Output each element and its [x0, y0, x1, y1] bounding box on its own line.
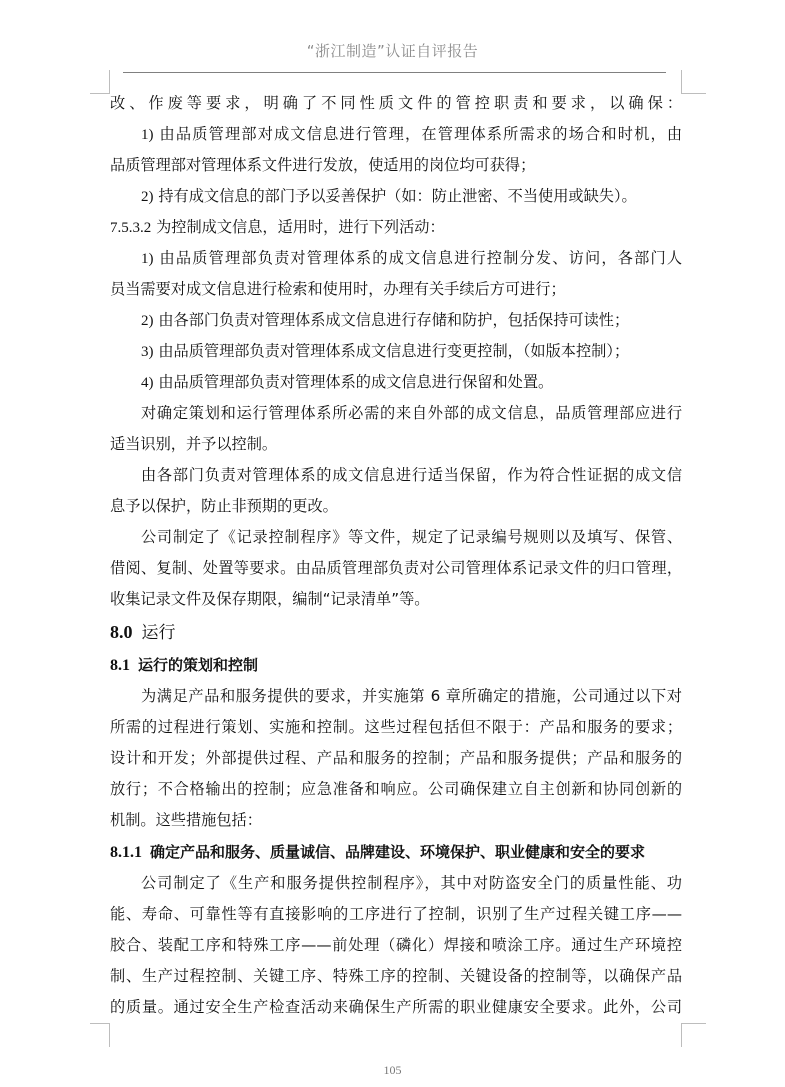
- list-item: 3) 由品质管理部负责对管理体系成文信息进行变更控制，（如版本控制）；: [110, 336, 682, 367]
- heading-number: 8.1: [110, 657, 130, 674]
- list-number: 2): [141, 313, 154, 329]
- list-item-text: 由品质管理部负责对管理体系成文信息进行变更控制，（如版本控制）；: [158, 342, 629, 360]
- document-page: “浙江制造”认证自评报告 改、作废等要求，明确了不同性质文件的管控职责和要求，以…: [0, 0, 785, 1087]
- list-item-text: 持有成文信息的部门予以妥善保护（如：防止泄密、不当使用或缺失）。: [158, 187, 636, 205]
- heading-number: 8.1.1: [110, 844, 142, 861]
- paragraph-line: 收集记录文件及保存期限，编制“记录清单”等。: [110, 584, 682, 615]
- paragraph-line: 胶合、装配工序和特殊工序——前处理（磷化）焊接和喷涂工序。通过生产环境控: [110, 930, 682, 961]
- clause-number: 7.5.3.2: [110, 220, 151, 236]
- running-header-title: “浙江制造”认证自评报告: [0, 40, 785, 61]
- paragraph-line: 放行；不合格输出的控制；应急准备和响应。公司确保建立自主创新和协同创新的: [110, 774, 682, 805]
- list-number: 1): [141, 127, 154, 143]
- list-item-continuation: 员当需要对成文信息进行检索和使用时，办理有关手续后方可进行；: [110, 274, 682, 305]
- heading-8-1-1: 8.1.1 确定产品和服务、质量诚信、品牌建设、环境保护、职业健康和安全的要求: [110, 836, 682, 868]
- paragraph-line: 所需的过程进行策划、实施和控制。这些过程包括但不限于：产品和服务的要求；: [110, 712, 682, 743]
- paragraph-line: 为满足产品和服务提供的要求，并实施第 6 章所确定的措施，公司通过以下对: [110, 681, 682, 712]
- heading-8-1: 8.1 运行的策划和控制: [110, 649, 682, 681]
- paragraph-line: 公司制定了《记录控制程序》等文件，规定了记录编号规则以及填写、保管、: [110, 522, 682, 553]
- crop-mark-bottom-left: [90, 1023, 110, 1047]
- heading-text: 运行的策划和控制: [138, 656, 258, 674]
- clause-text: 为控制成文信息，适用时，进行下列活动：: [156, 218, 445, 236]
- paragraph-line: 息予以保护，防止非预期的更改。: [110, 491, 682, 522]
- list-item-text: 由各部门负责对管理体系成文信息进行存储和防护，包括保持可读性；: [158, 311, 629, 329]
- heading-8-0: 8.0 运行: [110, 615, 682, 649]
- paragraph-line: 改、作废等要求，明确了不同性质文件的管控职责和要求，以确保：: [110, 88, 682, 119]
- list-item: 1) 由品质管理部对成文信息进行管理，在管理体系所需求的场合和时机，由: [110, 119, 682, 150]
- paragraph-line: 对确定策划和运行管理体系所必需的来自外部的成文信息，品质管理部应进行: [110, 398, 682, 429]
- paragraph-line: 借阅、复制、处置等要求。由品质管理部负责对公司管理体系记录文件的归口管理，: [110, 553, 682, 584]
- paragraph-line: 由各部门负责对管理体系的成文信息进行适当保留，作为符合性证据的成文信: [110, 460, 682, 491]
- paragraph-line: 的质量。通过安全生产检查活动来确保生产所需的职业健康安全要求。此外，公司: [110, 992, 682, 1023]
- list-item: 4) 由品质管理部负责对管理体系的成文信息进行保留和处置。: [110, 367, 682, 398]
- heading-number: 8.0: [110, 622, 133, 642]
- paragraph-line: 公司制定了《生产和服务提供控制程序》，其中对防盗安全门的质量性能、功: [110, 868, 682, 899]
- crop-mark-bottom-right: [681, 1023, 706, 1047]
- list-number: 3): [141, 344, 154, 360]
- body-text: 改、作废等要求，明确了不同性质文件的管控职责和要求，以确保： 1) 由品质管理部…: [110, 88, 682, 1023]
- clause-7532: 7.5.3.2 为控制成文信息，适用时，进行下列活动：: [110, 212, 682, 243]
- heading-text: 运行: [142, 623, 176, 643]
- paragraph-line: 机制。这些措施包括：: [110, 805, 682, 836]
- header-rule: [123, 72, 666, 73]
- crop-mark-top-left: [90, 70, 110, 94]
- crop-mark-top-right: [681, 70, 706, 94]
- list-number: 1): [141, 251, 154, 267]
- list-item-text: 由品质管理部负责对管理体系的成文信息进行保留和处置。: [158, 373, 553, 391]
- list-item-text: 由品质管理部对成文信息进行管理，在管理体系所需求的场合和时机，由: [160, 125, 683, 143]
- list-item-text: 由品质管理部负责对管理体系的成文信息进行控制分发、访问，各部门人: [160, 249, 683, 267]
- list-item: 1) 由品质管理部负责对管理体系的成文信息进行控制分发、访问，各部门人: [110, 243, 682, 274]
- list-item: 2) 由各部门负责对管理体系成文信息进行存储和防护，包括保持可读性；: [110, 305, 682, 336]
- heading-text: 确定产品和服务、质量诚信、品牌建设、环境保护、职业健康和安全的要求: [150, 843, 645, 861]
- list-number: 4): [141, 375, 154, 391]
- paragraph-line: 制、生产过程控制、关键工序、特殊工序的控制、关键设备的控制等，以确保产品: [110, 961, 682, 992]
- paragraph-line: 设计和开发；外部提供过程、产品和服务的控制；产品和服务提供；产品和服务的: [110, 743, 682, 774]
- paragraph-line: 能、寿命、可靠性等有直接影响的工序进行了控制，识别了生产过程关键工序——: [110, 899, 682, 930]
- paragraph-line: 适当识别，并予以控制。: [110, 429, 682, 460]
- list-number: 2): [141, 189, 154, 205]
- list-item: 2) 持有成文信息的部门予以妥善保护（如：防止泄密、不当使用或缺失）。: [110, 181, 682, 212]
- list-item-continuation: 品质管理部对管理体系文件进行发放，使适用的岗位均可获得；: [110, 150, 682, 181]
- page-number: 105: [0, 1063, 785, 1078]
